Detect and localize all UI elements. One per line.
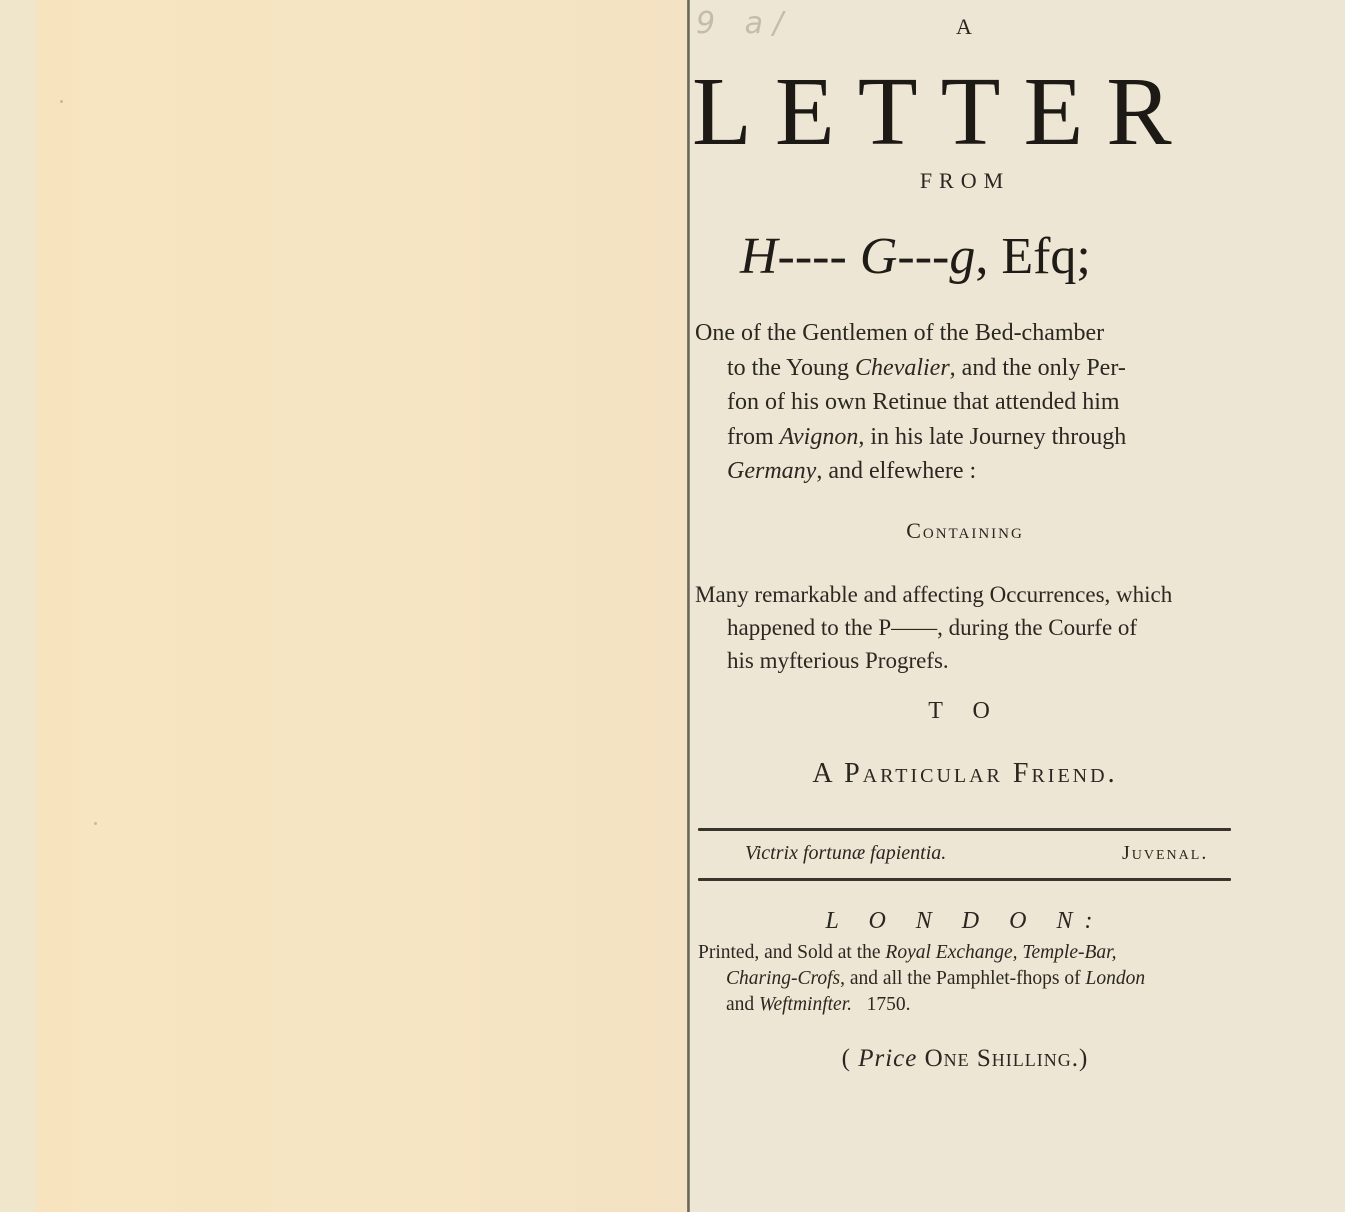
paper-speck xyxy=(94,822,97,825)
author-suffix: , Efq; xyxy=(975,228,1091,285)
imprint-city: L O N D O N: xyxy=(690,908,1240,935)
occurrences-paragraph: Many remarkable and affecting Occurrence… xyxy=(695,578,1240,677)
paper-speck xyxy=(60,100,63,103)
description-line: One of the Gentlemen of the Bed-chamber xyxy=(695,316,1235,351)
imprint-paragraph: Printed, and Sold at the Royal Exchange,… xyxy=(698,940,1240,1018)
description-paragraph: One of the Gentlemen of the Bed-chamber … xyxy=(695,316,1235,489)
title-main: LETTER xyxy=(692,62,1232,162)
imprint-line: and Weftminfter. 1750. xyxy=(698,992,1240,1018)
epigraph-attribution: Juvenal. xyxy=(1122,842,1208,865)
description-line: from Avignon, in his late Journey throug… xyxy=(695,420,1235,455)
description-line: to the Young Chevalier, and the only Per… xyxy=(695,351,1235,386)
left-page-edge xyxy=(0,0,37,1212)
author-initials: H---- G---g xyxy=(740,228,975,285)
title-article: A xyxy=(690,14,1240,40)
bottom-rule xyxy=(698,878,1231,881)
title-from: FROM xyxy=(690,168,1240,194)
left-blank-page xyxy=(36,0,688,1212)
imprint-line: Printed, and Sold at the Royal Exchange,… xyxy=(698,940,1240,966)
containing-heading: Containing xyxy=(690,518,1240,544)
description-line: fon of his own Retinue that attended him xyxy=(695,385,1235,420)
imprint-line: Charing-Crofs, and all the Pamphlet-fhop… xyxy=(698,966,1240,992)
to-heading: T O xyxy=(690,698,1240,725)
occurrences-line: his myfterious Progrefs. xyxy=(695,644,1240,677)
author-name: H---- G---g, Efq; xyxy=(740,222,1200,292)
occurrences-line: happened to the P——, during the Courfe o… xyxy=(695,611,1240,644)
description-line: Germany, and elfewhere : xyxy=(695,454,1235,489)
imprint-year: 1750. xyxy=(867,994,911,1015)
occurrences-line: Many remarkable and affecting Occurrence… xyxy=(695,578,1240,611)
epigraph-motto: Victrix fortunæ fapientia. xyxy=(745,842,946,865)
recipient-heading: A Particular Friend. xyxy=(690,758,1240,790)
top-rule xyxy=(698,828,1231,831)
price-line: ( Price One Shilling.) xyxy=(690,1045,1240,1073)
